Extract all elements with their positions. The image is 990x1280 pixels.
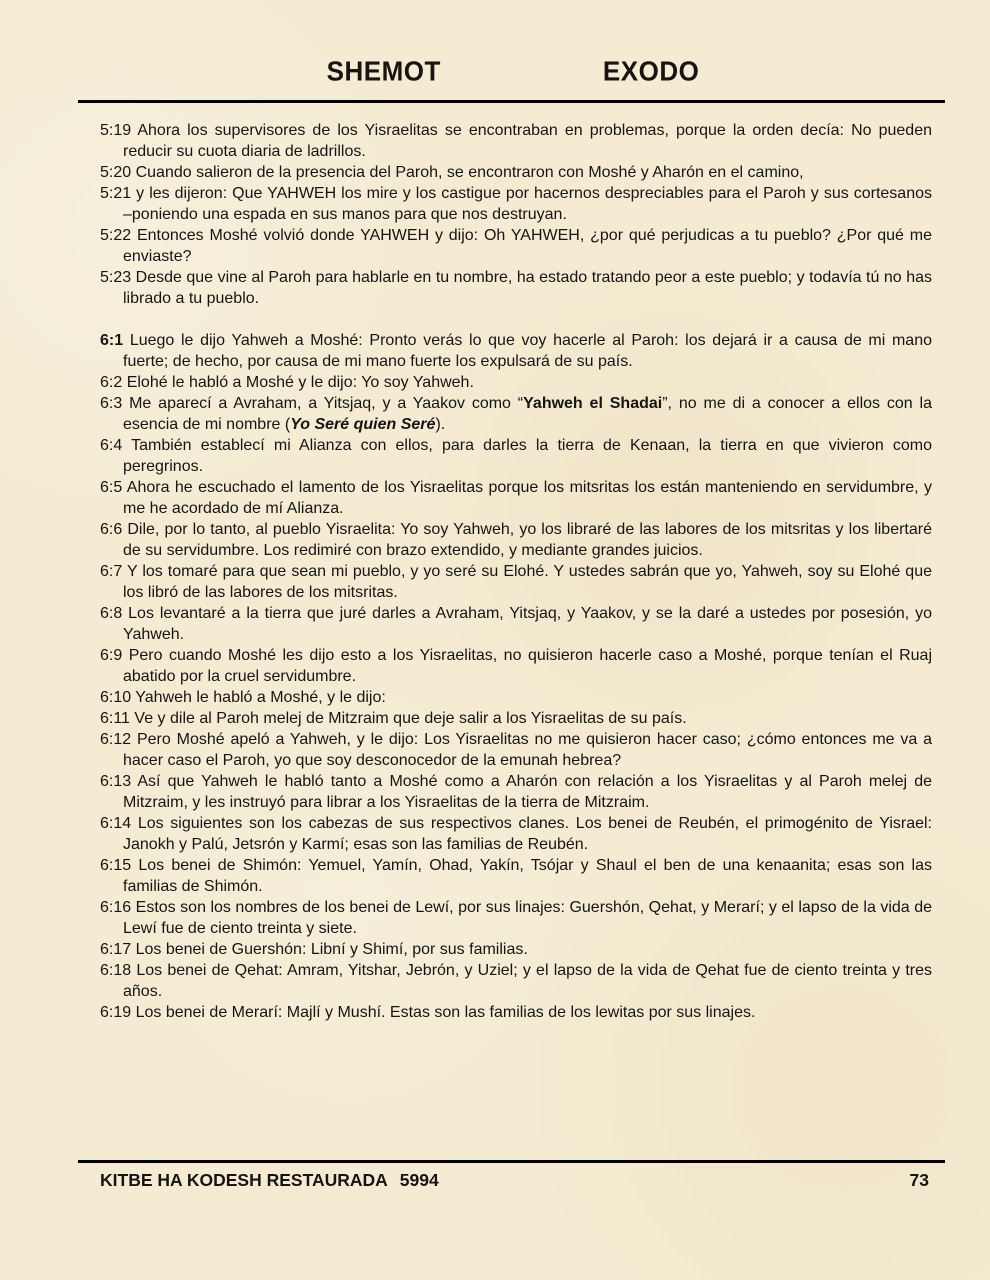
verse-text-segment: ). (435, 416, 445, 433)
verse-6-10: 6:10 Yahweh le habló a Moshé, y le dijo: (100, 687, 932, 708)
verse-6-13: 6:13 Así que Yahweh le habló tanto a Mos… (100, 771, 932, 813)
verse-6-6: 6:6 Dile, por lo tanto, al pueblo Yisrae… (100, 519, 932, 561)
verse-6-3: 6:3 Me aparecí a Avraham, a Yitsjaq, y a… (100, 393, 932, 435)
verse-6-11: 6:11 Ve y dile al Paroh melej de Mitzrai… (100, 708, 932, 729)
spanish-book-title: EXODO (603, 55, 699, 88)
verse-number: 6:8 (100, 605, 128, 622)
verse-text-segment: Entonces Moshé volvió donde YAHWEH y dij… (123, 227, 932, 265)
verse-text-segment: Pero Moshé apeló a Yahweh, y le dijo: Lo… (123, 731, 932, 769)
verse-text-segment: Ahora he escuchado el lamento de los Yis… (123, 479, 932, 517)
verse-text-segment: Ahora los supervisores de los Yisraelita… (123, 122, 932, 160)
verse-6-4: 6:4 También establecí mi Alianza con ell… (100, 435, 932, 477)
verse-6-7: 6:7 Y los tomaré para que sean mi pueblo… (100, 561, 932, 603)
verse-6-19: 6:19 Los benei de Merarí: Majlí y Mushí.… (100, 1002, 932, 1023)
verse-number: 6:17 (100, 941, 136, 958)
verse-number: 6:5 (100, 479, 127, 496)
page-footer: KITBE HA KODESH RESTAURADA 5994 73 (78, 1160, 945, 1191)
verse-text-segment: Los benei de Qehat: Amram, Yitshar, Jebr… (123, 962, 932, 1000)
verse-number: 6:4 (100, 437, 131, 454)
verse-6-18: 6:18 Los benei de Qehat: Amram, Yitshar,… (100, 960, 932, 1002)
verse-number: 6:2 (100, 374, 127, 391)
verse-number: 6:13 (100, 773, 137, 790)
verse-text-segment: Dile, por lo tanto, al pueblo Yisraelita… (123, 521, 932, 559)
verse-6-1: 6:1 Luego le dijo Yahweh a Moshé: Pronto… (100, 330, 932, 372)
verse-6-9: 6:9 Pero cuando Moshé les dijo esto a lo… (100, 645, 932, 687)
verse-number: 6:16 (100, 899, 136, 916)
verse-number: 6:19 (100, 1004, 136, 1021)
verse-6-17: 6:17 Los benei de Guershón: Libní y Shim… (100, 939, 932, 960)
verse-text-segment: Desde que vine al Paroh para hablarle en… (123, 269, 932, 307)
verse-number: 6:10 (100, 689, 135, 706)
verse-text-segment: También establecí mi Alianza con ellos, … (123, 437, 932, 475)
verse-list: 5:19 Ahora los supervisores de los Yisra… (100, 120, 932, 1023)
edition-title: KITBE HA KODESH RESTAURADA (100, 1170, 388, 1191)
verse-text-segment: Estos son los nombres de los benei de Le… (123, 899, 932, 937)
verse-text-segment: Los levantaré a la tierra que juré darle… (123, 605, 932, 643)
verse-6-5: 6:5 Ahora he escuchado el lamento de los… (100, 477, 932, 519)
verse-number: 6:12 (100, 731, 137, 748)
verse-number: 6:14 (100, 815, 138, 832)
footer-text-row: KITBE HA KODESH RESTAURADA 5994 73 (78, 1163, 945, 1191)
verse-number: 6:3 (100, 395, 129, 412)
verse-5-22: 5:22 Entonces Moshé volvió donde YAHWEH … (100, 225, 932, 267)
verse-text-segment: Cuando salieron de la presencia del Paro… (136, 164, 804, 181)
verse-text-segment: Yahweh le habló a Moshé, y le dijo: (135, 689, 386, 706)
verse-text-segment: Los benei de Merarí: Majlí y Mushí. Esta… (136, 1004, 756, 1021)
verse-text-segment: y les dijeron: Que YAHWEH los mire y los… (123, 185, 932, 223)
verse-text-segment: Los benei de Shimón: Yemuel, Yamín, Ohad… (123, 857, 932, 895)
scripture-page: SHEMOT EXODO 5:19 Ahora los supervisores… (0, 0, 990, 1280)
verse-number: 6:11 (100, 710, 134, 727)
verse-text-segment: Yo Seré quien Seré (290, 416, 435, 433)
verse-number: 6:9 (100, 647, 129, 664)
verse-number: 6:7 (100, 563, 127, 580)
verse-number: 5:21 (100, 185, 136, 202)
verse-text-segment: Los siguientes son los cabezas de sus re… (123, 815, 932, 853)
verse-number: 5:20 (100, 164, 136, 181)
header-divider (78, 100, 945, 103)
verse-5-23: 5:23 Desde que vine al Paroh para hablar… (100, 267, 932, 309)
edition-year: 5994 (400, 1170, 439, 1191)
verse-number: 6:1 (100, 332, 130, 349)
verse-text-segment: Y los tomaré para que sean mi pueblo, y … (123, 563, 932, 601)
verse-text-segment: Así que Yahweh le habló tanto a Moshé co… (123, 773, 932, 811)
verse-number: 5:22 (100, 227, 137, 244)
verse-text-segment: Luego le dijo Yahweh a Moshé: Pronto ver… (123, 332, 932, 370)
verse-5-19: 5:19 Ahora los supervisores de los Yisra… (100, 120, 932, 162)
verse-number: 6:15 (100, 857, 138, 874)
verse-number: 5:23 (100, 269, 136, 286)
verse-5-20: 5:20 Cuando salieron de la presencia del… (100, 162, 932, 183)
verse-6-2: 6:2 Elohé le habló a Moshé y le dijo: Yo… (100, 372, 932, 393)
verse-text-segment: Ve y dile al Paroh melej de Mitzraim que… (134, 710, 686, 727)
verse-number: 6:6 (100, 521, 127, 538)
verse-6-15: 6:15 Los benei de Shimón: Yemuel, Yamín,… (100, 855, 932, 897)
verse-number: 6:18 (100, 962, 136, 979)
verse-text-segment: Elohé le habló a Moshé y le dijo: Yo soy… (127, 374, 474, 391)
verse-6-12: 6:12 Pero Moshé apeló a Yahweh, y le dij… (100, 729, 932, 771)
hebrew-book-title: SHEMOT (327, 55, 441, 88)
verse-5-21: 5:21 y les dijeron: Que YAHWEH los mire … (100, 183, 932, 225)
verse-number: 5:19 (100, 122, 137, 139)
edition-info: KITBE HA KODESH RESTAURADA 5994 (100, 1170, 439, 1191)
verse-6-8: 6:8 Los levantaré a la tierra que juré d… (100, 603, 932, 645)
page-header: SHEMOT EXODO (0, 0, 990, 87)
verse-text-segment: Pero cuando Moshé les dijo esto a los Yi… (123, 647, 932, 685)
verse-text-segment: Yahweh el Shadai (523, 395, 662, 412)
verse-text-segment: Me aparecí a Avraham, a Yitsjaq, y a Yaa… (129, 395, 523, 412)
verse-text-segment: Los benei de Guershón: Libní y Shimí, po… (136, 941, 528, 958)
verse-6-14: 6:14 Los siguientes son los cabezas de s… (100, 813, 932, 855)
verse-6-16: 6:16 Estos son los nombres de los benei … (100, 897, 932, 939)
page-number: 73 (910, 1170, 929, 1191)
